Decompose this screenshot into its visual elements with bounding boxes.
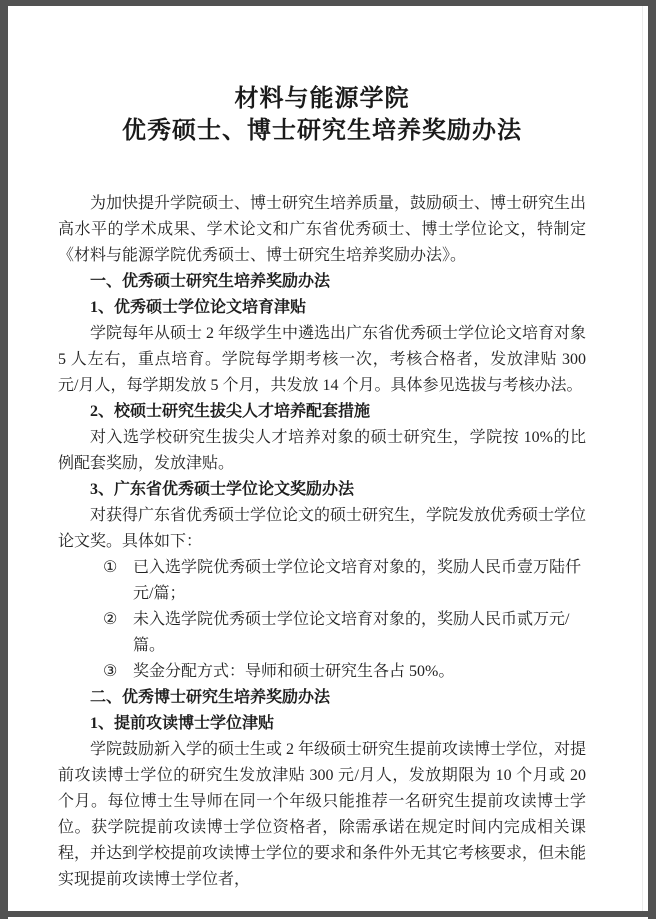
subsection-1-2-body: 对入选学校研究生拔尖人才培养对象的硕士研究生，学院按 10%的比例配套奖励，发放…: [58, 425, 586, 477]
title-line-2: 优秀硕士、博士研究生培养奖励办法: [58, 115, 586, 147]
subsection-1-1-heading: 1、优秀硕士学位论文培育津贴: [58, 295, 586, 321]
viewer-background: { "viewer": { "background_color": "#5252…: [0, 0, 656, 919]
document-page[interactable]: 材料与能源学院 优秀硕士、博士研究生培养奖励办法 为加快提升学院硕士、博士研究生…: [8, 6, 648, 911]
subsection-2-1-body: 学院鼓励新入学的硕士生或 2 年级硕士研究生提前攻读博士学位，对提前攻读博士学位…: [58, 737, 586, 893]
subsection-1-2-heading: 2、校硕士研究生拔尖人才培养配套措施: [58, 399, 586, 425]
page-edge-line: [642, 6, 643, 911]
list-item: ② 未入选学院优秀硕士学位论文培育对象的，奖励人民币贰万元/篇。: [58, 607, 586, 659]
section-2-heading: 二、优秀博士研究生培养奖励办法: [58, 685, 586, 711]
intro-paragraph: 为加快提升学院硕士、博士研究生培养质量，鼓励硕士、博士研究生出高水平的学术成果、…: [58, 191, 586, 269]
list-item-text: 奖金分配方式：导师和硕士研究生各占 50%。: [133, 659, 586, 685]
section-1-heading: 一、优秀硕士研究生培养奖励办法: [58, 269, 586, 295]
list-item: ① 已入选学院优秀硕士学位论文培育对象的，奖励人民币壹万陆仟元/篇；: [58, 555, 586, 607]
subsection-2-1-heading: 1、提前攻读博士学位津贴: [58, 711, 586, 737]
title-line-1: 材料与能源学院: [58, 83, 586, 115]
list-item-marker: ②: [103, 607, 133, 659]
list-item-marker: ①: [103, 555, 133, 607]
subsection-1-3-body: 对获得广东省优秀硕士学位论文的硕士研究生，学院发放优秀硕士学位论文奖。具体如下：: [58, 503, 586, 555]
subsection-1-1-body: 学院每年从硕士 2 年级学生中遴选出广东省优秀硕士学位论文培育对象 5 人左右，…: [58, 321, 586, 399]
list-item-marker: ③: [103, 659, 133, 685]
list-item-text: 已入选学院优秀硕士学位论文培育对象的，奖励人民币壹万陆仟元/篇；: [133, 555, 586, 607]
list-item: ③ 奖金分配方式：导师和硕士研究生各占 50%。: [58, 659, 586, 685]
list-item-text: 未入选学院优秀硕士学位论文培育对象的，奖励人民币贰万元/篇。: [133, 607, 586, 659]
page-title: 材料与能源学院 优秀硕士、博士研究生培养奖励办法: [58, 83, 586, 147]
document-body: 为加快提升学院硕士、博士研究生培养质量，鼓励硕士、博士研究生出高水平的学术成果、…: [58, 191, 586, 893]
reward-list: ① 已入选学院优秀硕士学位论文培育对象的，奖励人民币壹万陆仟元/篇； ② 未入选…: [58, 555, 586, 685]
subsection-1-3-heading: 3、广东省优秀硕士学位论文奖励办法: [58, 477, 586, 503]
page-content: 材料与能源学院 优秀硕士、博士研究生培养奖励办法 为加快提升学院硕士、博士研究生…: [8, 6, 648, 893]
